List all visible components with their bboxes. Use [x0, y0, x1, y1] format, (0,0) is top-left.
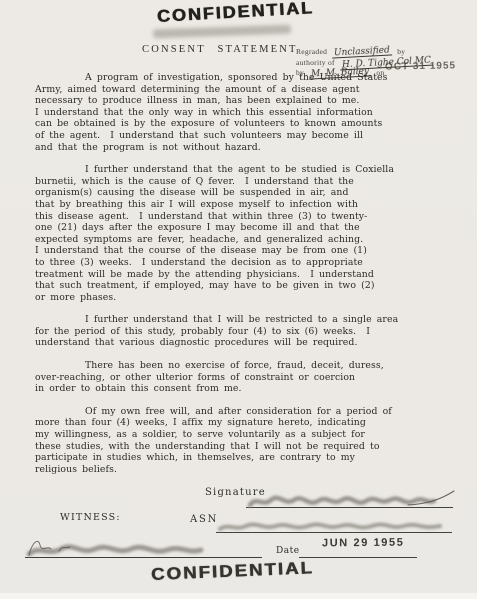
paragraph-restriction: I further understand that I will be rest…	[35, 314, 465, 349]
signature-line	[246, 489, 453, 508]
witness-label: WITNESS:	[60, 512, 121, 523]
asn-label: ASN	[190, 514, 218, 525]
asn-scribble	[218, 520, 446, 534]
stamp-smudge	[153, 25, 291, 39]
paragraph-free-will: Of my own free will, and after considera…	[35, 406, 465, 476]
confidential-stamp-top: CONFIDENTIAL	[156, 0, 314, 27]
asn-line	[216, 515, 452, 533]
witness-pen-strokes	[25, 535, 105, 561]
regrade-line-1: Regraded Unclassified by	[296, 39, 474, 50]
document-title: CONSENT STATEMENT	[142, 44, 298, 55]
regrade-date-stamp: OCT 31 1955	[385, 60, 456, 72]
scan-edge	[0, 593, 477, 599]
paragraph-agent-qfever: I further understand that the agent to b…	[35, 164, 465, 303]
date-label: Date	[276, 546, 300, 556]
signature-flourish	[406, 489, 466, 511]
witness-signature-line	[25, 541, 262, 558]
date-received-stamp: JUN 29 1955	[322, 537, 405, 550]
paragraph-program: A program of investigation, sponsored by…	[35, 72, 465, 153]
document-page: CONFIDENTIAL CONSENT STATEMENT Regraded …	[0, 0, 477, 599]
confidential-stamp-bottom: CONFIDENTIAL	[151, 558, 315, 585]
paragraph-no-coercion: There has been no exercise of force, fra…	[35, 360, 465, 395]
consent-paragraphs: A program of investigation, sponsored by…	[35, 72, 465, 486]
